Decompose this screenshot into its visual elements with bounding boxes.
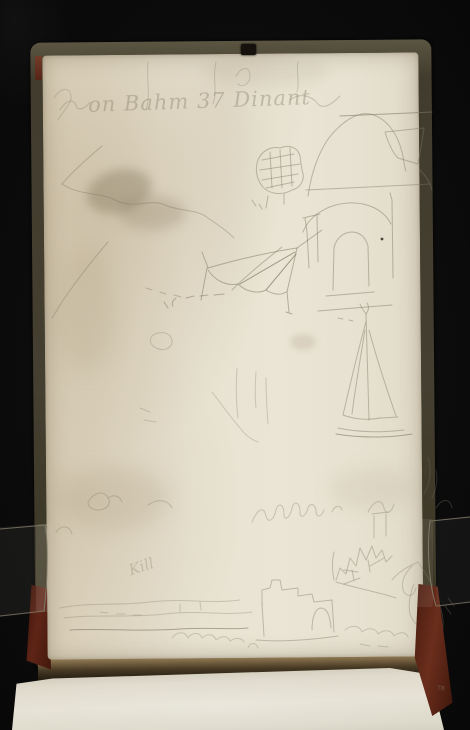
clip-layer: 78 <box>0 0 470 730</box>
left-retaining-clip <box>0 524 52 617</box>
corner-pencil-mark: 78 <box>437 685 445 692</box>
sketchbook-photo: on Bahm 37 Dinant <box>0 0 470 730</box>
right-retaining-clip <box>414 516 470 607</box>
